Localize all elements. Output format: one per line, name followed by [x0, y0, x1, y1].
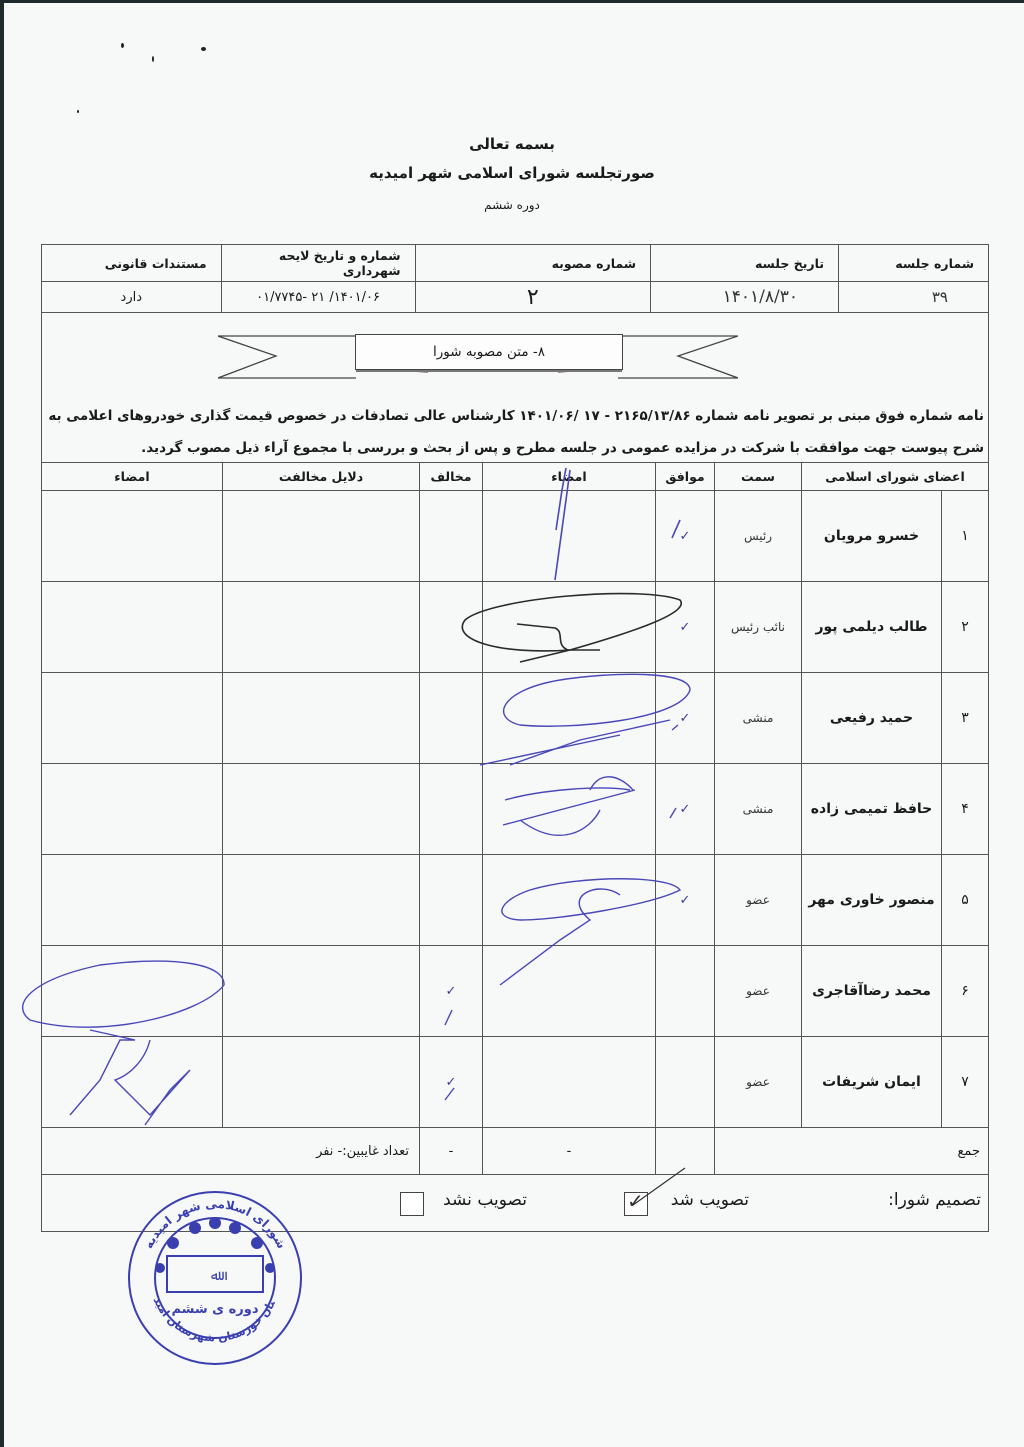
agree-check [656, 1037, 715, 1128]
stamp-center-text: دوره ی ششم [171, 1302, 258, 1317]
header-resolution-number: شماره مصوبه [415, 245, 651, 282]
scan-speck [201, 47, 206, 51]
section-banner: ۸- متن مصوبه شورا [355, 334, 623, 370]
member-name: ایمان شریفات [802, 1037, 942, 1128]
reasons-cell [223, 1037, 420, 1128]
signature-cell-2 [42, 491, 223, 582]
header-agree: موافق [656, 463, 715, 491]
reasons-cell [223, 764, 420, 855]
oppose-check: ✓ [420, 946, 483, 1037]
resolution-number: ۲ [415, 282, 651, 313]
row-number: ۷ [942, 1037, 989, 1128]
row-number: ۲ [942, 582, 989, 673]
table-row: ۱ خسرو مرویان رئیس ✓ [42, 491, 989, 582]
header-members: اعضای شورای اسلامی [802, 463, 989, 491]
document-title: صورتجلسه شورای اسلامی شهر امیدیه [0, 164, 1024, 182]
signature-cell-2 [42, 764, 223, 855]
member-name: طالب دیلمی پور [802, 582, 942, 673]
signature-cell-2 [42, 855, 223, 946]
table-row: ۷ ایمان شریفات عضو ✓ [42, 1037, 989, 1128]
total-agree [656, 1128, 715, 1175]
header-bill-number-date: شماره و تاریخ لایحه شهرداری [221, 245, 415, 282]
member-role: عضو [715, 1037, 802, 1128]
resolution-text-line: نامه شماره فوق مبنی بر تصویر نامه شماره … [44, 400, 984, 432]
signature-cell [483, 673, 656, 764]
agree-check: ✓ [656, 673, 715, 764]
row-number: ۶ [942, 946, 989, 1037]
agree-check: ✓ [656, 491, 715, 582]
member-role: عضو [715, 946, 802, 1037]
agree-check: ✓ [656, 855, 715, 946]
votes-table: اعضای شورای اسلامی سمت موافق امضاء مخالف… [41, 462, 989, 1175]
term-label: دوره ششم [0, 198, 1024, 212]
rejected-label: تصویب نشد [443, 1190, 527, 1210]
signature-cell [483, 946, 656, 1037]
rejected-checkbox[interactable] [400, 1192, 424, 1216]
oppose-check: ✓ [420, 1037, 483, 1128]
scan-speck [121, 43, 124, 48]
session-info-table: شماره جلسه تاریخ جلسه شماره مصوبه شماره … [41, 244, 989, 313]
resolution-text: نامه شماره فوق مبنی بر تصویر نامه شماره … [44, 400, 988, 464]
approved-label: تصویب شد [671, 1190, 749, 1210]
header-oppose: مخالف [420, 463, 483, 491]
reasons-cell [223, 946, 420, 1037]
header-legal-basis: مستندات قانونی [42, 245, 222, 282]
header-session-date: تاریخ جلسه [651, 245, 839, 282]
table-row: ۵ منصور خاوری مهر عضو ✓ [42, 855, 989, 946]
row-number: ۳ [942, 673, 989, 764]
session-date: ۱۴۰۱/۸/۳۰ [651, 282, 839, 313]
oppose-check [420, 764, 483, 855]
member-name: حافظ تمیمی زاده [802, 764, 942, 855]
check-icon: ✓ [627, 1189, 644, 1213]
scan-speck [77, 110, 79, 113]
decision-label: تصمیم شورا: [888, 1190, 981, 1210]
row-number: ۵ [942, 855, 989, 946]
member-role: عضو [715, 855, 802, 946]
oppose-check [420, 855, 483, 946]
member-name: خسرو مرویان [802, 491, 942, 582]
signature-cell [483, 855, 656, 946]
invocation: بسمه تعالی [0, 135, 1024, 153]
absent-count: تعداد غایبین:- نفر [42, 1128, 420, 1175]
council-stamp-icon: ﷲ دوره ی ششم شورای اسلامی شهر امیدیه است… [125, 1188, 305, 1368]
reasons-cell [223, 673, 420, 764]
reasons-cell [223, 855, 420, 946]
member-name: محمد رضاآقاجری [802, 946, 942, 1037]
header-signature-2: امضاء [42, 463, 223, 491]
row-number: ۱ [942, 491, 989, 582]
table-row: ۳ حمید رفیعی منشی ✓ [42, 673, 989, 764]
legal-basis: دارد [42, 282, 222, 313]
agree-check: ✓ [656, 582, 715, 673]
resolution-text-line: شرح پیوست جهت موافقت با شرکت در مزایده ع… [44, 432, 984, 464]
signature-cell-2 [42, 1037, 223, 1128]
agree-check [656, 946, 715, 1037]
agree-check: ✓ [656, 764, 715, 855]
header-signature: امضاء [483, 463, 656, 491]
member-role: نائب رئیس [715, 582, 802, 673]
row-number: ۴ [942, 764, 989, 855]
bill-number-date: ۱۴۰۱/۰۶/ ۲۱ -۰۱/۷۷۴۵ [221, 282, 415, 313]
oppose-check [420, 491, 483, 582]
signature-cell-2 [42, 946, 223, 1037]
member-role: منشی [715, 764, 802, 855]
signature-cell [483, 582, 656, 673]
total-oppose: - [420, 1128, 483, 1175]
reasons-cell [223, 491, 420, 582]
signature-cell [483, 1037, 656, 1128]
signature-cell [483, 764, 656, 855]
table-row: ۶ محمد رضاآقاجری عضو ✓ [42, 946, 989, 1037]
total-signature: - [483, 1128, 656, 1175]
total-row: جمع - - تعداد غایبین:- نفر [42, 1128, 989, 1175]
svg-text:ﷲ: ﷲ [211, 1268, 227, 1284]
scan-edge-top [0, 0, 1024, 3]
member-role: رئیس [715, 491, 802, 582]
reasons-cell [223, 582, 420, 673]
session-number: ۳۹ [839, 282, 989, 313]
header-role: سمت [715, 463, 802, 491]
oppose-check [420, 582, 483, 673]
signature-cell-2 [42, 673, 223, 764]
oppose-check [420, 673, 483, 764]
header-reasons: دلایل مخالفت [223, 463, 420, 491]
total-label: جمع [715, 1128, 989, 1175]
member-name: حمید رفیعی [802, 673, 942, 764]
member-name: منصور خاوری مهر [802, 855, 942, 946]
scan-speck [152, 56, 154, 62]
header-session-number: شماره جلسه [839, 245, 989, 282]
table-row: ۲ طالب دیلمی پور نائب رئیس ✓ [42, 582, 989, 673]
signature-cell-2 [42, 582, 223, 673]
signature-cell [483, 491, 656, 582]
approved-checkbox[interactable]: ✓ [624, 1192, 648, 1216]
scan-edge [0, 0, 4, 1447]
table-row: ۴ حافظ تمیمی زاده منشی ✓ [42, 764, 989, 855]
member-role: منشی [715, 673, 802, 764]
